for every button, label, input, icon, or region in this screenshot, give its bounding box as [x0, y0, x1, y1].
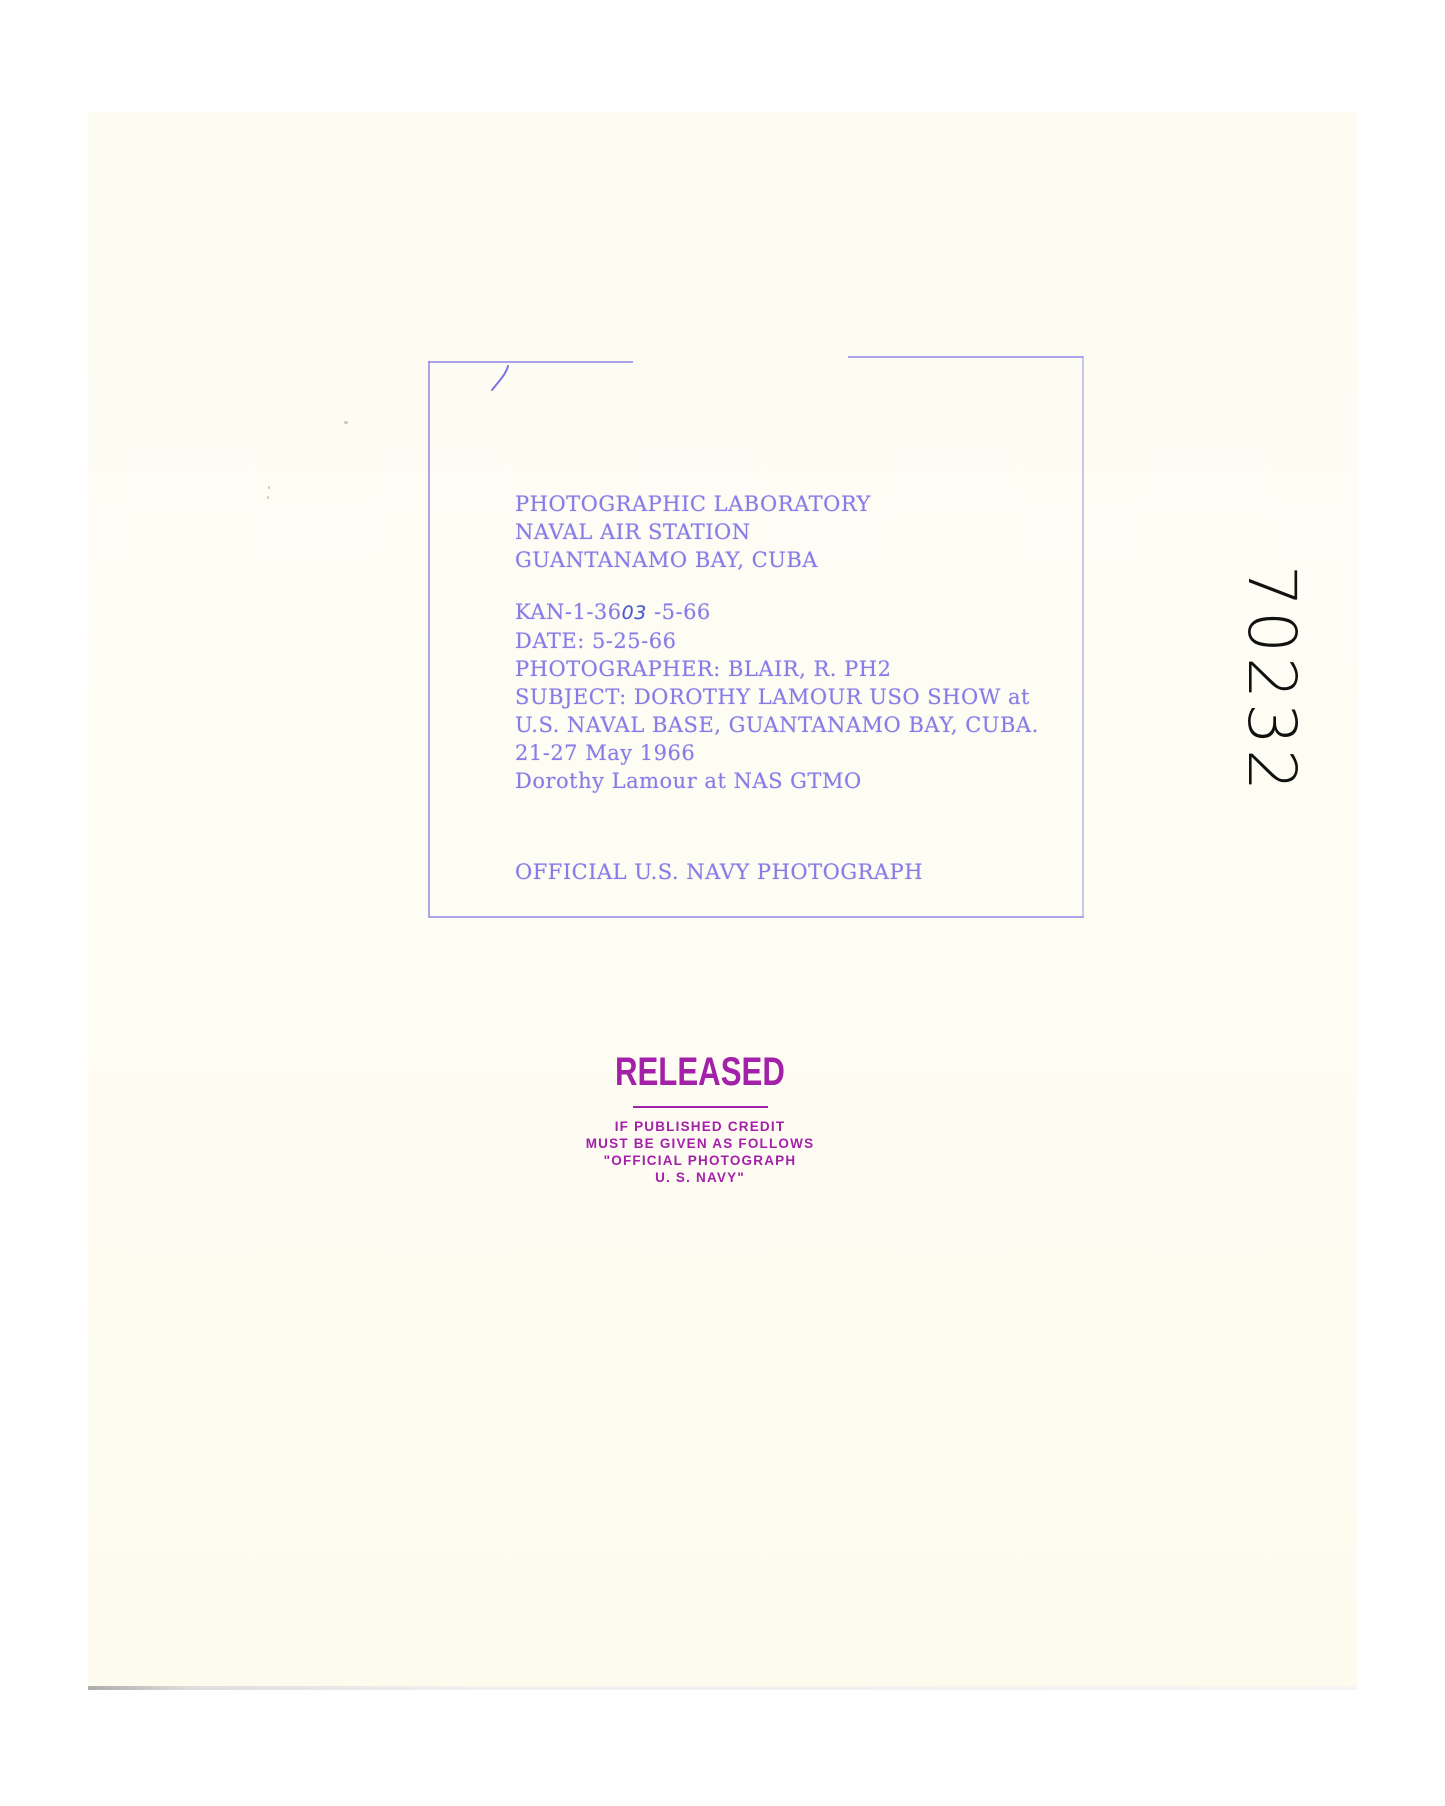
box-left-edge [428, 361, 430, 916]
official-credit-line: OFFICIAL U.S. NAVY PHOTOGRAPH [515, 858, 923, 886]
lab-header: PHOTOGRAPHIC LABORATORYNAVAL AIR STATION… [515, 490, 871, 574]
record-subject: SUBJECT: DOROTHY LAMOUR USO SHOW at [515, 683, 1039, 711]
stamp-line: U. S. NAVY" [560, 1169, 840, 1186]
handwritten-archive-number: 70232 [1233, 565, 1310, 795]
lab-name: PHOTOGRAPHIC LABORATORY [515, 490, 871, 518]
stamp-title: RELEASED [615, 1050, 785, 1094]
check-mark-icon [486, 364, 516, 394]
record-id: KAN-1-3603 -5-66 [515, 598, 1039, 627]
paper-speck [267, 496, 269, 499]
station-name: NAVAL AIR STATION [515, 518, 871, 546]
record-date-range: 21-27 May 1966 [515, 739, 1039, 767]
record-caption: Dorothy Lamour at NAS GTMO [515, 767, 1039, 795]
record-date: DATE: 5-25-66 [515, 627, 1039, 655]
record-photographer: PHOTOGRAPHER: BLAIR, R. PH2 [515, 655, 1039, 683]
handwritten-id-digits: 03 [622, 602, 647, 624]
stamp-line: "OFFICIAL PHOTOGRAPH [560, 1152, 840, 1169]
box-bottom-edge [428, 916, 1084, 918]
box-top-right-edge [848, 356, 1083, 358]
box-top-left-edge [428, 361, 633, 363]
stamp-line: IF PUBLISHED CREDIT [560, 1118, 840, 1135]
photo-record: KAN-1-3603 -5-66DATE: 5-25-66PHOTOGRAPHE… [515, 598, 1039, 795]
stamp-divider [633, 1106, 768, 1108]
record-subject-location: U.S. NAVAL BASE, GUANTANAMO BAY, CUBA. [515, 711, 1039, 739]
paper-speck [268, 486, 270, 489]
paper-bottom-edge [88, 1686, 1357, 1690]
release-stamp: RELEASED IF PUBLISHED CREDIT MUST BE GIV… [560, 1050, 840, 1186]
station-location: GUANTANAMO BAY, CUBA [515, 546, 871, 574]
box-right-edge [1082, 356, 1084, 916]
paper-speck [344, 421, 348, 424]
stamp-line: MUST BE GIVEN AS FOLLOWS [560, 1135, 840, 1152]
